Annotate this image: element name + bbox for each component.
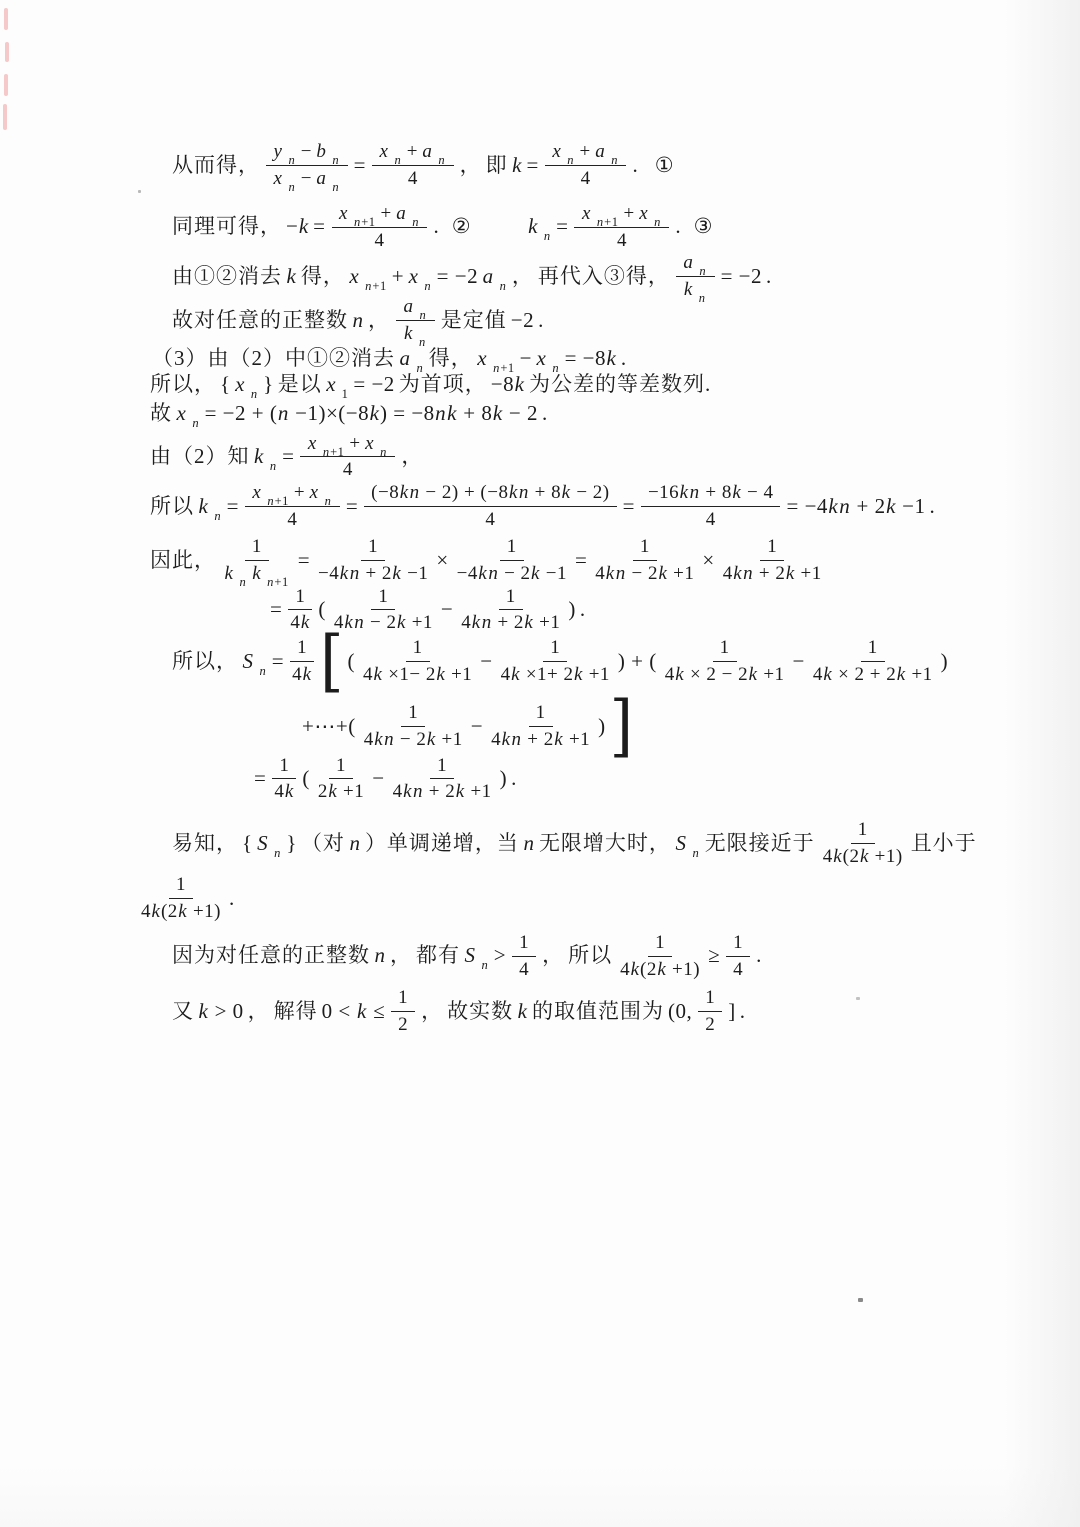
fraction: 1−4kn − 2k −1 xyxy=(455,535,569,585)
text-run: 再代入③得， xyxy=(538,263,670,289)
text-run: 所以 xyxy=(150,493,194,519)
big-bracket: ] xyxy=(610,699,633,753)
line-inequality: 因为对任意的正整数n，都有Sn>14，所以14k(2k +1)≥14 . xyxy=(170,931,1080,981)
line-monotone: 易知，{Sn}（对n）单调递增，当n无限增大时，Sn无限接近于14k(2k +1… xyxy=(170,818,1080,868)
text-run: 故 xyxy=(150,400,172,426)
scan-speck xyxy=(858,1298,863,1302)
text-run: 所以， xyxy=(172,648,238,674)
text-run: . xyxy=(621,345,627,371)
text-run: ）单调递增，当 xyxy=(365,830,519,856)
fraction: xn+1+xn4 xyxy=(574,202,669,252)
fraction: xn+1+xn4 xyxy=(245,481,340,531)
text-run: 由（2）知 xyxy=(150,443,250,469)
big-bracket: [ xyxy=(320,634,343,688)
line-kn-calc: 所以kn=xn+1+xn4=(−8kn − 2) + (−8kn + 8k − … xyxy=(148,481,1080,531)
text-run: 又 xyxy=(172,998,194,1024)
fraction: (−8kn − 2) + (−8kn + 8k − 2)4 xyxy=(364,481,616,531)
line-kn-def: 由（2）知kn=xn+1+xn4， xyxy=(148,432,1080,482)
fraction: xn+an4 xyxy=(372,140,454,190)
text-run: 得， xyxy=(429,345,473,371)
text-run: 的取值范围为 xyxy=(532,998,664,1024)
fraction: 14kn + 2k +1 xyxy=(721,535,824,585)
fraction: 14 xyxy=(726,931,750,981)
text-run: . xyxy=(740,998,746,1024)
red-scan-mark xyxy=(4,8,8,30)
text-run: . xyxy=(632,152,638,178)
text-run: 无限增大时， xyxy=(539,830,671,856)
text-run: 都有 xyxy=(416,942,460,968)
fraction: 1−4kn + 2k −1 xyxy=(316,535,430,585)
text-run: 因此， xyxy=(150,547,216,573)
text-run: . xyxy=(542,400,548,426)
fraction: 14k xyxy=(288,585,312,635)
fraction: 12k +1 xyxy=(316,754,366,804)
fraction: 14k ×1− 2k +1 xyxy=(361,636,474,686)
line-telescoping-term: =14k(14kn − 2k +1−14kn + 2k +1) . xyxy=(268,585,1080,635)
line-part3: （3）由（2）中①②消去an得，xn+1−xn= −8k . xyxy=(150,345,1080,371)
fraction: 14kn − 2k +1 xyxy=(593,535,696,585)
text-run: 为首项， xyxy=(399,371,487,397)
fraction: 14kn − 2k +1 xyxy=(332,585,435,635)
text-run: . xyxy=(930,493,936,519)
text-run: ① xyxy=(655,152,675,178)
text-run: ， xyxy=(248,998,270,1024)
fraction: 12 xyxy=(698,986,722,1036)
fraction: xn+an4 xyxy=(545,140,627,190)
fraction: 14kn + 2k +1 xyxy=(391,754,494,804)
text-run: . xyxy=(675,213,681,239)
fraction: 14k × 2 − 2k +1 xyxy=(663,636,787,686)
text-run: 易知， xyxy=(172,830,238,856)
text-run: 从而得， xyxy=(172,152,260,178)
fraction: 14k xyxy=(272,754,296,804)
fraction: 14k(2k +1) xyxy=(139,873,223,923)
fraction: 14k × 2 + 2k +1 xyxy=(811,636,935,686)
text-run: 解得 xyxy=(274,998,318,1024)
text-run: ③ xyxy=(694,213,714,239)
fraction: 14k ×1+ 2k +1 xyxy=(499,636,612,686)
fraction: ankn xyxy=(676,251,715,301)
fraction: xn+1+an4 xyxy=(332,202,428,252)
text-run: ， xyxy=(542,942,564,968)
line-congerde: 从而得，yn−bnxn−an=xn+an4，即k=xn+an4 .① xyxy=(170,140,1080,190)
text-run: 无限接近于 xyxy=(705,830,815,856)
text-run: （3）由（2）中①②消去 xyxy=(152,345,395,371)
line-sn-result: =14k(12k +1−14kn + 2k +1) . xyxy=(252,754,1080,804)
red-scan-mark xyxy=(4,74,8,96)
fraction: 14k(2k +1) xyxy=(821,818,905,868)
text-run: 由①②消去 xyxy=(172,263,282,289)
line-eliminate-k: 由①②消去k得，xn+1+xn= −2an，再代入③得，ankn= −2 . xyxy=(170,251,1080,301)
red-scan-mark xyxy=(5,42,9,62)
fraction: 14 xyxy=(512,931,536,981)
fraction: 1knkn+1 xyxy=(222,535,292,585)
fraction: ankn xyxy=(396,295,435,345)
text-run: 所以， xyxy=(150,371,216,397)
line-final-range: 又k > 0，解得0 < k ≤12，故实数k的取值范围为(0,12] . xyxy=(170,986,1080,1036)
fraction: 14k(2k +1) xyxy=(618,931,702,981)
text-run: 同理可得， xyxy=(172,213,282,239)
line-xn-formula: 故xn= −2 + (n −1)×(−8k) = −8nk + 8k − 2 . xyxy=(148,400,1080,426)
text-run: . xyxy=(756,942,762,968)
fraction: 12 xyxy=(391,986,415,1036)
line-sn-expansion: 所以，Sn=14k[(14k ×1− 2k +1−14k ×1+ 2k +1) … xyxy=(170,636,1080,686)
text-run: ， xyxy=(460,152,482,178)
text-run: . xyxy=(580,596,586,622)
line-tonglikedei: 同理可得，−k=xn+1+an4 .②kn=xn+1+xn4 .③ xyxy=(170,202,1080,252)
line-sn-expansion-2: +⋯+(14kn − 2k +1−14kn + 2k +1)] xyxy=(300,701,1080,751)
text-run: . xyxy=(538,307,544,333)
fraction: yn−bnxn−an xyxy=(266,140,348,190)
text-run: 即 xyxy=(486,152,508,178)
text-run: . xyxy=(766,263,772,289)
fraction: 14kn − 2k +1 xyxy=(362,701,465,751)
line-limit-value: 14k(2k +1) . xyxy=(135,873,1080,923)
text-run: . xyxy=(511,765,517,791)
text-run: 因为对任意的正整数 xyxy=(172,942,370,968)
document-page: 从而得，yn−bnxn−an=xn+an4，即k=xn+an4 .①同理可得，−… xyxy=(0,0,1080,1527)
fraction: 14kn + 2k +1 xyxy=(489,701,592,751)
text-run: 得， xyxy=(301,263,345,289)
text-run: ② xyxy=(452,213,472,239)
line-product: 因此，1knkn+1=1−4kn + 2k −1×1−4kn − 2k −1=1… xyxy=(148,535,1080,585)
text-run: . xyxy=(433,213,439,239)
scan-speck xyxy=(138,190,141,193)
fraction: −16kn + 8k − 44 xyxy=(641,481,781,531)
text-run: . xyxy=(229,885,235,911)
text-run: 是定值 xyxy=(441,307,507,333)
text-run: 故对任意的正整数 xyxy=(172,307,348,333)
text-run: 且小于 xyxy=(911,830,977,856)
text-run: 故实数 xyxy=(447,998,513,1024)
text-run: 所以 xyxy=(568,942,612,968)
fraction: xn+1+xn4 xyxy=(300,432,395,482)
red-scan-mark xyxy=(3,104,7,130)
math-content: 从而得，yn−bnxn−an=xn+an4，即k=xn+an4 .①同理可得，−… xyxy=(0,0,1080,1036)
scan-speck xyxy=(856,997,860,1000)
line-constant-value: 故对任意的正整数n，ankn是定值−2 . xyxy=(170,295,1080,345)
text-run: （对 xyxy=(301,830,345,856)
text-run: ， xyxy=(512,263,534,289)
line-arith-seq: 所以，{xn}是以x1= −2为首项，−8k为公差的等差数列. xyxy=(148,371,1080,397)
text-run: ， xyxy=(401,443,423,469)
text-run: ， xyxy=(368,307,390,333)
text-run: ， xyxy=(421,998,443,1024)
fraction: 14k xyxy=(290,636,314,686)
text-run: 是以 xyxy=(278,371,322,397)
fraction: 14kn + 2k +1 xyxy=(459,585,562,635)
text-run: ， xyxy=(390,942,412,968)
